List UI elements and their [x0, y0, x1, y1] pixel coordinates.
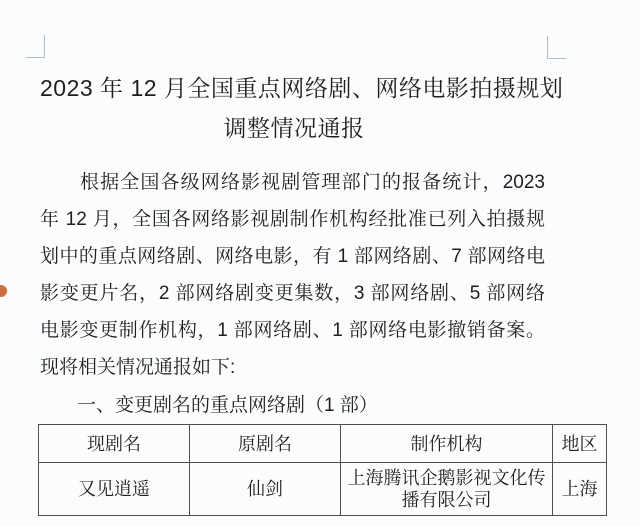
table-header-row: 现剧名 原剧名 制作机构 地区: [39, 425, 607, 463]
table-header-region: 地区: [553, 425, 607, 463]
cell-production-company: 上海腾讯企鹅影视文化传播有限公司: [341, 463, 553, 516]
document-title-line2: 调整情况通报: [40, 108, 548, 148]
body-line: 年 12 月，全国各网络影视剧制作机构经批准已列入拍摄规: [40, 201, 545, 238]
table-row: 又见逍遥 仙剑 上海腾讯企鹅影视文化传播有限公司 上海: [39, 463, 607, 516]
body-line: 根据全国各级网络影视剧管理部门的报备统计，2023: [40, 164, 545, 201]
document-title-line1: 2023 年 12 月全国重点网络剧、网络电影拍摄规划: [40, 68, 548, 108]
table-header-original-title: 原剧名: [190, 425, 341, 463]
section-heading: 一、变更剧名的重点网络剧（1 部）: [40, 387, 545, 424]
text-boundary-mark-top-right: [547, 36, 566, 59]
body-line: 划中的重点网络剧、网络电影，有 1 部网络剧、7 部网络电: [40, 238, 545, 275]
text-boundary-mark-top-left: [26, 35, 45, 58]
document-body: 根据全国各级网络影视剧管理部门的报备统计，2023 年 12 月，全国各网络影视…: [40, 164, 545, 386]
cell-region: 上海: [553, 463, 607, 516]
table-header-current-title: 现剧名: [39, 425, 190, 463]
orange-marker-dot: [0, 285, 7, 297]
document-page: 2023 年 12 月全国重点网络剧、网络电影拍摄规划 调整情况通报 根据全国各…: [0, 0, 640, 526]
table-header-production-company: 制作机构: [341, 425, 553, 463]
cell-original-title: 仙剑: [190, 463, 341, 516]
document-title: 2023 年 12 月全国重点网络剧、网络电影拍摄规划 调整情况通报: [40, 68, 548, 148]
body-line: 现将相关情况通报如下:: [40, 349, 545, 386]
body-line: 影变更片名，2 部网络剧变更集数，3 部网络剧、5 部网络: [40, 275, 545, 312]
title-change-table: 现剧名 原剧名 制作机构 地区 又见逍遥 仙剑 上海腾讯企鹅影视文化传播有限公司…: [38, 424, 607, 516]
cell-current-title: 又见逍遥: [39, 463, 190, 516]
body-line: 电影变更制作机构，1 部网络剧、1 部网络电影撤销备案。: [40, 312, 545, 349]
